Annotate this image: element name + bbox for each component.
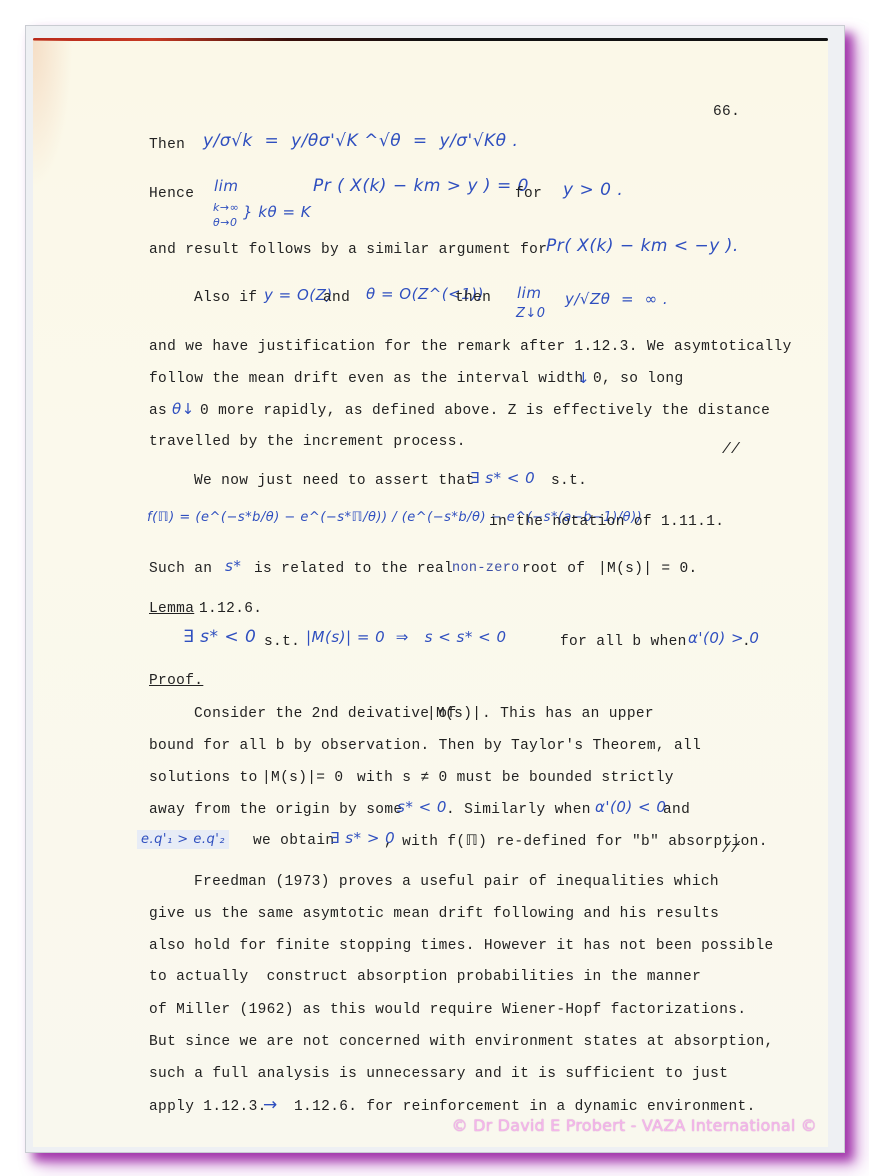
freedman-line5: of Miller (1962) as this would require W…	[149, 1002, 746, 1018]
down-arrow-icon: ↓	[577, 369, 590, 387]
also-if: Also if	[194, 290, 257, 306]
proof-line3: with s ≠ 0 must be bounded strictly	[357, 770, 674, 786]
proof-line5-start: we obtain	[253, 833, 334, 849]
proof-eq-cond: e.q'₁ > e.q'₂	[137, 830, 229, 849]
end-of-proof-mark: //	[722, 442, 740, 458]
proof-line2: bound for all b by observation. Then by …	[149, 738, 701, 754]
freedman-line2: give us the same asymtotic mean drift fo…	[149, 906, 719, 922]
also-result: y/√Zθ = ∞ .	[565, 290, 668, 308]
proof-line4-mid: . Similarly when	[446, 802, 591, 818]
freedman-line8-start: apply 1.12.3.	[149, 1099, 267, 1115]
proof-line1-det: |M(s)|	[427, 706, 481, 722]
proof-line3-det: |M(s)|= 0	[262, 770, 343, 786]
also-and: and	[323, 290, 350, 306]
lemma-number: 1.12.6.	[199, 601, 262, 617]
then-formula: y/σ√k = y/θσ'√K ^√θ = y/σ'√Kθ .	[203, 131, 518, 151]
proof-line3-start: solutions to	[149, 770, 258, 786]
hence-for: for	[515, 186, 542, 202]
also-lim: lim	[517, 284, 541, 302]
such-det-eq: |M(s)| = 0.	[598, 561, 698, 577]
proof-line1: Consider the 2nd deivative of	[194, 706, 457, 722]
such-s-star: s*	[225, 557, 241, 575]
also-then: then	[455, 290, 491, 306]
proof-s-star: s* < 0	[397, 798, 447, 816]
assert-formula: ∃ s* < 0	[470, 469, 535, 487]
hence-lim-sub1: k→∞	[213, 201, 239, 214]
proof-label: Proof.	[149, 673, 203, 689]
hence-condition: y > 0 .	[563, 180, 623, 200]
freedman-line1: Freedman (1973) proves a useful pair of …	[194, 874, 719, 890]
para1-line4: travelled by the increment process.	[149, 434, 466, 450]
end-of-proof-mark-2: //	[722, 841, 740, 857]
freedman-line7: such a full analysis is unnecessary and …	[149, 1066, 728, 1082]
similar-formula: Pr( X(k) − km < −y ).	[546, 236, 739, 256]
lemma-st: s.t.	[264, 634, 300, 650]
hence-lim: lim	[214, 177, 238, 195]
lemma-for-all: for all b when	[560, 634, 687, 650]
proof-line5: , with f(ℿ) re-defined for "b" absorptio…	[384, 833, 768, 850]
proof-line1-end: . This has an upper	[482, 706, 654, 722]
hence-lim-sub2: θ→0	[213, 216, 237, 229]
proof-line4-start: away from the origin by some	[149, 802, 402, 818]
para1-line2-end: 0, so long	[593, 371, 684, 387]
proof-line4-and: and	[663, 802, 690, 818]
theta-down: θ↓	[172, 400, 195, 418]
also-lim-sub: Z↓0	[516, 306, 546, 321]
similar-text: and result follows by a similar argument…	[149, 242, 547, 258]
freedman-line4: to actually construct absorption probabi…	[149, 969, 701, 985]
freedman-line8: 1.12.6. for reinforcement in a dynamic e…	[294, 1099, 756, 1115]
then-label: Then	[149, 137, 185, 153]
page-number: 66.	[713, 104, 740, 120]
hence-label: Hence	[149, 186, 194, 202]
lemma-formula2: |M(s)| = 0 ⇒ s < s* < 0	[306, 628, 507, 646]
para1-line3: 0 more rapidly, as defined above. Z is e…	[200, 403, 770, 419]
hence-lim-condition: } kθ = K	[243, 203, 311, 221]
para1-line1: and we have justification for the remark…	[149, 339, 792, 355]
such-an: Such an	[149, 561, 212, 577]
lemma-formula: ∃ s* < 0	[183, 627, 256, 647]
freedman-line3: also hold for finite stopping times. How…	[149, 938, 774, 954]
para1-line3-start: as	[149, 403, 167, 419]
right-arrow-icon: →	[263, 1095, 278, 1115]
notation-text: in the notation of 1.11.1.	[489, 514, 724, 530]
lemma-dot: .	[742, 634, 751, 650]
such-root-of: root of	[522, 561, 585, 577]
assert-st: s.t.	[551, 473, 587, 489]
assert-text: We now just need to assert that	[194, 473, 475, 489]
such-related: is related to the real	[254, 561, 453, 577]
freedman-line6: But since we are not concerned with envi…	[149, 1034, 774, 1050]
proof-alpha-cond: α'(0) < 0	[595, 798, 666, 816]
hence-formula: Pr ( X(k) − km > y ) = 0	[313, 176, 529, 196]
copyright-watermark: © Dr David E Probert - VAZA Internationa…	[452, 1116, 817, 1135]
such-nonzero: non-zero	[452, 561, 520, 576]
para1-line2: follow the mean drift even as the interv…	[149, 371, 583, 387]
lemma-label: Lemma	[149, 601, 194, 617]
